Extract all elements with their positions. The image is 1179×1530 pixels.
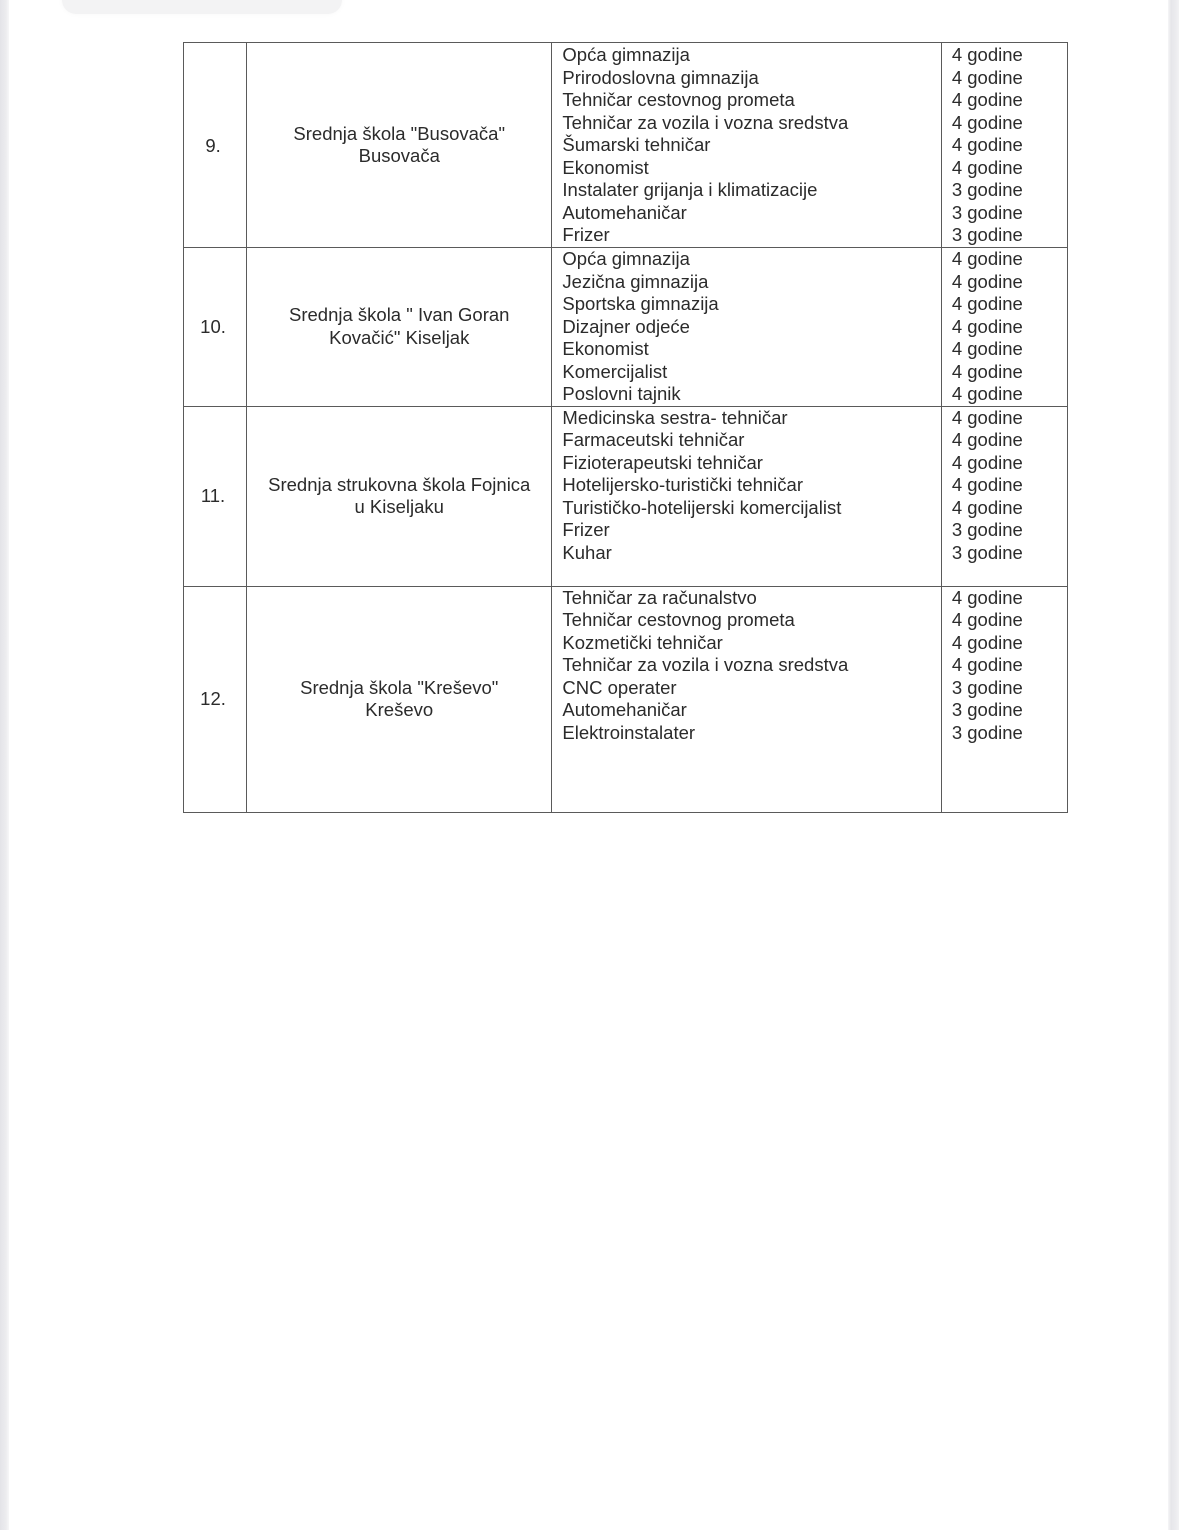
duration-item: 4 godine <box>952 383 1067 406</box>
duration-cell: 4 godine 4 godine 4 godine 4 godine 4 go… <box>941 406 1067 586</box>
duration-item: 4 godine <box>952 338 1067 361</box>
table-row: 10. Srednja škola " Ivan Goran Kovačić" … <box>184 248 1068 407</box>
program-item: Farmaceutski tehničar <box>562 429 940 452</box>
school-name-cell: Srednja škola "Kreševo" Kreševo <box>247 586 552 812</box>
duration-item: 4 godine <box>952 407 1067 430</box>
duration-cell: 4 godine 4 godine 4 godine 4 godine 3 go… <box>941 586 1067 812</box>
duration-item: 4 godine <box>952 452 1067 475</box>
program-item: Fizioterapeutski tehničar <box>562 452 940 475</box>
program-item: Tehničar za računalstvo <box>562 587 940 610</box>
row-number: 11. <box>201 485 225 508</box>
duration-item: 4 godine <box>952 89 1067 112</box>
programs-cell: Opća gimnazija Jezična gimnazija Sportsk… <box>552 248 941 407</box>
school-name-line-1: Srednja škola "Busovača" <box>255 123 543 146</box>
school-name-line-2: Kovačić" Kiseljak <box>255 327 543 350</box>
duration-list: 4 godine 4 godine 4 godine 4 godine 4 go… <box>942 407 1067 565</box>
duration-item: 3 godine <box>952 519 1067 542</box>
program-item: Jezična gimnazija <box>562 271 940 294</box>
duration-item: 3 godine <box>952 542 1067 565</box>
duration-item: 4 godine <box>952 44 1067 67</box>
program-item: Tehničar za vozila i vozna sredstva <box>562 654 940 677</box>
duration-item: 3 godine <box>952 699 1067 722</box>
program-item: Instalater grijanja i klimatizacije <box>562 179 940 202</box>
row-number-cell: 10. <box>184 248 247 407</box>
program-list: Opća gimnazija Jezična gimnazija Sportsk… <box>552 248 940 406</box>
school-name-line-2: u Kiseljaku <box>255 496 543 519</box>
duration-item: 4 godine <box>952 248 1067 271</box>
school-name-line-2: Kreševo <box>255 699 543 722</box>
duration-item: 3 godine <box>952 677 1067 700</box>
program-item: Ekonomist <box>562 338 940 361</box>
table-row: 11. Srednja strukovna škola Fojnica u Ki… <box>184 406 1068 586</box>
duration-item: 4 godine <box>952 293 1067 316</box>
program-item: Automehaničar <box>562 202 940 225</box>
program-list: Opća gimnazija Prirodoslovna gimnazija T… <box>552 43 940 247</box>
program-item: Turističko-hotelijerski komercijalist <box>562 497 940 520</box>
program-item: Frizer <box>562 224 940 247</box>
program-list: Tehničar za računalstvo Tehničar cestovn… <box>552 587 940 745</box>
program-item: Komercijalist <box>562 361 940 384</box>
duration-item: 4 godine <box>952 609 1067 632</box>
row-number-cell: 9. <box>184 43 247 248</box>
school-name-cell: Srednja strukovna škola Fojnica u Kiselj… <box>247 406 552 586</box>
program-item: Frizer <box>562 519 940 542</box>
duration-item: 4 godine <box>952 134 1067 157</box>
program-item: Dizajner odjeće <box>562 316 940 339</box>
program-item: CNC operater <box>562 677 940 700</box>
duration-item: 4 godine <box>952 112 1067 135</box>
duration-item: 4 godine <box>952 157 1067 180</box>
page-left-edge <box>0 0 9 1530</box>
program-item: Medicinska sestra- tehničar <box>562 407 940 430</box>
duration-item: 4 godine <box>952 654 1067 677</box>
row-number: 12. <box>200 688 226 711</box>
schools-table: 9. Srednja škola "Busovača" Busovača Opć… <box>183 42 1068 813</box>
school-name-line-1: Srednja škola "Kreševo" <box>255 677 543 700</box>
table-row: 9. Srednja škola "Busovača" Busovača Opć… <box>184 43 1068 248</box>
program-item: Opća gimnazija <box>562 248 940 271</box>
program-item: Hotelijersko-turistički tehničar <box>562 474 940 497</box>
duration-item: 4 godine <box>952 361 1067 384</box>
duration-item: 3 godine <box>952 202 1067 225</box>
duration-item: 4 godine <box>952 271 1067 294</box>
duration-item: 4 godine <box>952 587 1067 610</box>
program-item: Tehničar cestovnog prometa <box>562 609 940 632</box>
duration-item: 4 godine <box>952 632 1067 655</box>
program-item: Opća gimnazija <box>562 44 940 67</box>
scrollbar[interactable] <box>1168 0 1179 1530</box>
duration-item: 4 godine <box>952 429 1067 452</box>
duration-list: 4 godine 4 godine 4 godine 4 godine 3 go… <box>942 587 1067 745</box>
school-name-line-1: Srednja strukovna škola Fojnica <box>255 474 543 497</box>
duration-list: 4 godine 4 godine 4 godine 4 godine 4 go… <box>942 248 1067 406</box>
program-item: Kuhar <box>562 542 940 565</box>
program-item: Tehničar cestovnog prometa <box>562 89 940 112</box>
duration-list: 4 godine 4 godine 4 godine 4 godine 4 go… <box>942 43 1067 247</box>
programs-cell: Medicinska sestra- tehničar Farmaceutski… <box>552 406 941 586</box>
school-name-cell: Srednja škola "Busovača" Busovača <box>247 43 552 248</box>
school-name-line-2: Busovača <box>255 145 543 168</box>
program-item: Kozmetički tehničar <box>562 632 940 655</box>
table-row: 12. Srednja škola "Kreševo" Kreševo Tehn… <box>184 586 1068 812</box>
duration-item: 3 godine <box>952 179 1067 202</box>
programs-cell: Tehničar za računalstvo Tehničar cestovn… <box>552 586 941 812</box>
program-item: Šumarski tehničar <box>562 134 940 157</box>
program-item: Poslovni tajnik <box>562 383 940 406</box>
programs-cell: Opća gimnazija Prirodoslovna gimnazija T… <box>552 43 941 248</box>
row-number: 10. <box>200 316 226 339</box>
row-number: 9. <box>205 135 220 158</box>
row-number-cell: 11. <box>184 406 247 586</box>
duration-item: 4 godine <box>952 67 1067 90</box>
duration-cell: 4 godine 4 godine 4 godine 4 godine 4 go… <box>941 248 1067 407</box>
program-item: Elektroinstalater <box>562 722 940 745</box>
duration-item: 4 godine <box>952 316 1067 339</box>
row-number-cell: 12. <box>184 586 247 812</box>
program-item: Tehničar za vozila i vozna sredstva <box>562 112 940 135</box>
program-item: Sportska gimnazija <box>562 293 940 316</box>
duration-item: 4 godine <box>952 497 1067 520</box>
school-name-line-1: Srednja škola " Ivan Goran <box>255 304 543 327</box>
duration-cell: 4 godine 4 godine 4 godine 4 godine 4 go… <box>941 43 1067 248</box>
program-list: Medicinska sestra- tehničar Farmaceutski… <box>552 407 940 565</box>
previous-page-shadow <box>62 0 342 14</box>
duration-item: 4 godine <box>952 474 1067 497</box>
duration-item: 3 godine <box>952 224 1067 247</box>
duration-item: 3 godine <box>952 722 1067 745</box>
program-item: Ekonomist <box>562 157 940 180</box>
program-item: Automehaničar <box>562 699 940 722</box>
school-name-cell: Srednja škola " Ivan Goran Kovačić" Kise… <box>247 248 552 407</box>
program-item: Prirodoslovna gimnazija <box>562 67 940 90</box>
